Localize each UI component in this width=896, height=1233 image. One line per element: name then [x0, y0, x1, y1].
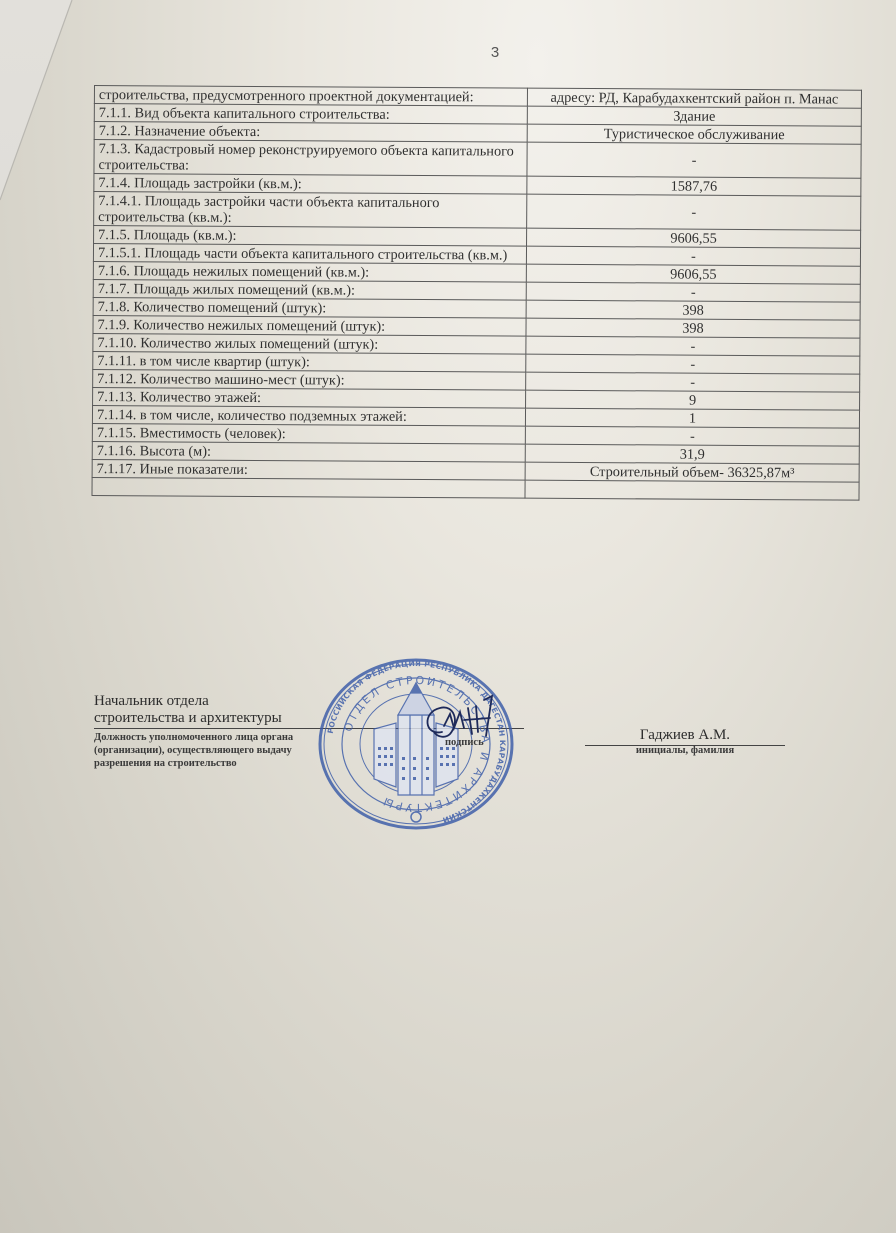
row-value: 398 [526, 300, 860, 320]
row-value: - [527, 142, 861, 178]
row-label: 7.1.6. Площадь нежилых помещений (кв.м.)… [93, 261, 526, 282]
row-value: - [526, 354, 860, 374]
official-position-caption: Должность уполномоченного лица органа (о… [94, 731, 334, 770]
row-value: Строительный объем- 36325,87м³ [525, 462, 859, 482]
row-label: 7.1.4.1. Площадь застройки части объекта… [94, 192, 527, 229]
row-value [525, 480, 859, 500]
row-label: 7.1.11. в том числе квартир (штук): [93, 351, 526, 372]
table-row: 7.1.4.1. Площадь застройки части объекта… [94, 192, 861, 231]
construction-spec-table: строительства, предусмотренного проектно… [91, 85, 861, 501]
row-value: 1587,76 [527, 176, 861, 196]
row-label: 7.1.4. Площадь застройки (кв.м.): [94, 174, 527, 195]
row-label: 7.1.7. Площадь жилых помещений (кв.м.): [93, 279, 526, 300]
row-label: 7.1.16. Высота (м): [92, 441, 525, 462]
row-label: 7.1.12. Количество машино-мест (штук): [93, 369, 526, 390]
row-value: - [526, 336, 860, 356]
row-value: 31,9 [525, 444, 859, 464]
row-value: - [527, 194, 861, 230]
row-value: 9606,55 [527, 228, 861, 248]
name-caption: инициалы, фамилия [585, 745, 785, 756]
row-value: - [526, 282, 860, 302]
row-label: 7.1.15. Вместимость (человек): [92, 423, 525, 444]
row-value: - [526, 372, 860, 392]
official-name: Гаджиев А.М. [585, 727, 785, 746]
row-value: 1 [525, 408, 859, 428]
page-number: 3 [0, 44, 896, 61]
row-label: 7.1.1. Вид объекта капитального строител… [94, 104, 527, 125]
row-label: 7.1.3. Кадастровый номер реконструируемо… [94, 140, 527, 177]
row-value: Туристическое обслуживание [527, 124, 861, 144]
row-label: 7.1.2. Назначение объекта: [94, 122, 527, 143]
row-value: 9606,55 [526, 264, 860, 284]
row-value: 9 [526, 390, 860, 410]
signature-caption: подпись [445, 737, 484, 748]
row-label: 7.1.14. в том числе, количество подземны… [92, 405, 525, 426]
table-row: 7.1.3. Кадастровый номер реконструируемо… [94, 140, 861, 179]
row-label: 7.1.5. Площадь (кв.м.): [94, 226, 527, 247]
row-value: - [526, 246, 860, 266]
row-label: 7.1.5.1. Площадь части объекта капитальн… [93, 244, 526, 265]
row-label: строительства, предусмотренного проектно… [94, 86, 527, 107]
row-label [92, 477, 525, 498]
row-label: 7.1.8. Количество помещений (штук): [93, 297, 526, 318]
row-value: 398 [526, 318, 860, 338]
row-value: Здание [527, 106, 861, 126]
row-value: адресу: РД, Карабудахкентский район п. М… [527, 88, 861, 108]
row-label: 7.1.9. Количество нежилых помещений (шту… [93, 315, 526, 336]
row-label: 7.1.17. Иные показатели: [92, 459, 525, 480]
row-label: 7.1.13. Количество этажей: [93, 387, 526, 408]
row-value: - [525, 426, 859, 446]
row-label: 7.1.10. Количество жилых помещений (штук… [93, 333, 526, 354]
